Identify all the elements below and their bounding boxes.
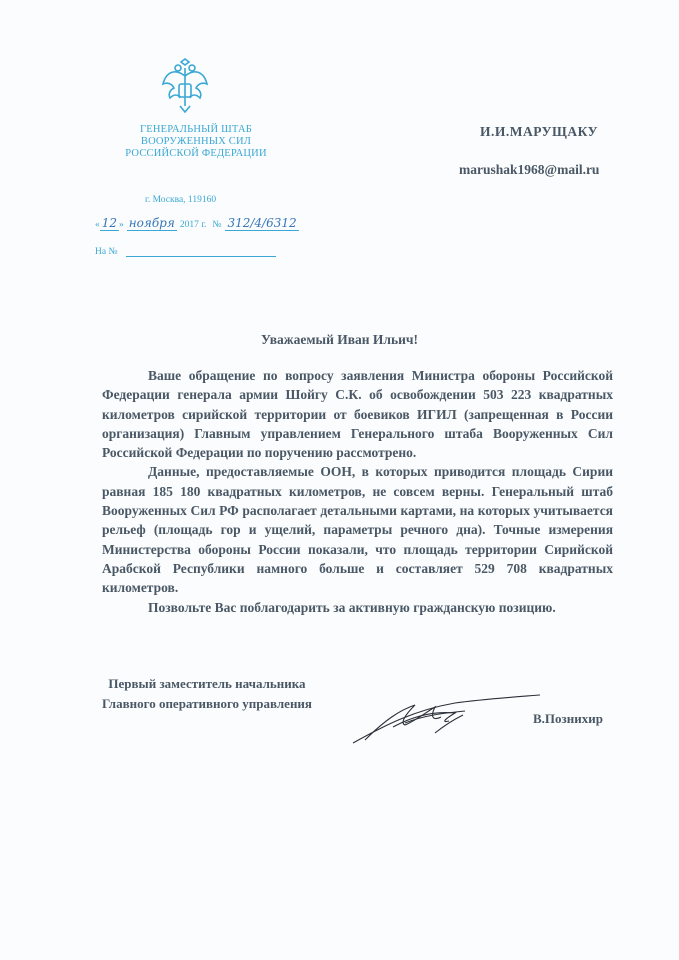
signatory-name: В.Познихир bbox=[533, 711, 603, 727]
coat-of-arms-icon bbox=[160, 58, 210, 114]
paragraph-2: Данные, предоставляемые ООН, в которых п… bbox=[102, 462, 613, 597]
city-address: г. Москва, 119160 bbox=[145, 195, 216, 205]
close-quote: » bbox=[119, 220, 124, 230]
number-label: № bbox=[212, 220, 221, 230]
paragraph-3: Позвольте Вас поблагодарить за активную … bbox=[102, 598, 613, 617]
recipient-name: И.И.МАРУЩАКУ bbox=[480, 124, 598, 140]
signatory-title-line-2: Главного оперативного управления bbox=[102, 694, 312, 714]
recipient-email: marushak1968@mail.ru bbox=[459, 162, 599, 178]
org-line-1: ГЕНЕРАЛЬНЫЙ ШТАБ bbox=[116, 124, 276, 136]
handwritten-signature-icon bbox=[345, 685, 545, 750]
letter-page: ГЕНЕРАЛЬНЫЙ ШТАБ ВООРУЖЕННЫХ СИЛ РОССИЙС… bbox=[0, 0, 679, 960]
document-number: 312/4/6312 bbox=[225, 216, 298, 231]
reference-label: На № bbox=[95, 247, 118, 257]
org-line-2: ВООРУЖЕННЫХ СИЛ bbox=[116, 136, 276, 148]
reference-blank bbox=[126, 246, 276, 257]
date-day: 12 bbox=[100, 216, 119, 231]
signatory-title-line-1: Первый заместитель начальника bbox=[102, 674, 312, 694]
date-year: 2017 г. bbox=[180, 220, 207, 230]
reference-line: На № bbox=[95, 246, 276, 257]
paragraph-1: Ваше обращение по вопросу заявления Мини… bbox=[102, 366, 613, 462]
greeting: Уважаемый Иван Ильич! bbox=[0, 332, 679, 348]
org-line-3: РОССИЙСКОЙ ФЕДЕРАЦИИ bbox=[116, 148, 276, 160]
date-line: « 12 » ноября 2017 г. № 312/4/6312 bbox=[95, 216, 299, 231]
letter-body: Ваше обращение по вопросу заявления Мини… bbox=[102, 366, 613, 617]
organization-letterhead: ГЕНЕРАЛЬНЫЙ ШТАБ ВООРУЖЕННЫХ СИЛ РОССИЙС… bbox=[116, 124, 276, 160]
signatory-title: Первый заместитель начальника Главного о… bbox=[102, 674, 312, 714]
date-month: ноября bbox=[127, 216, 177, 231]
